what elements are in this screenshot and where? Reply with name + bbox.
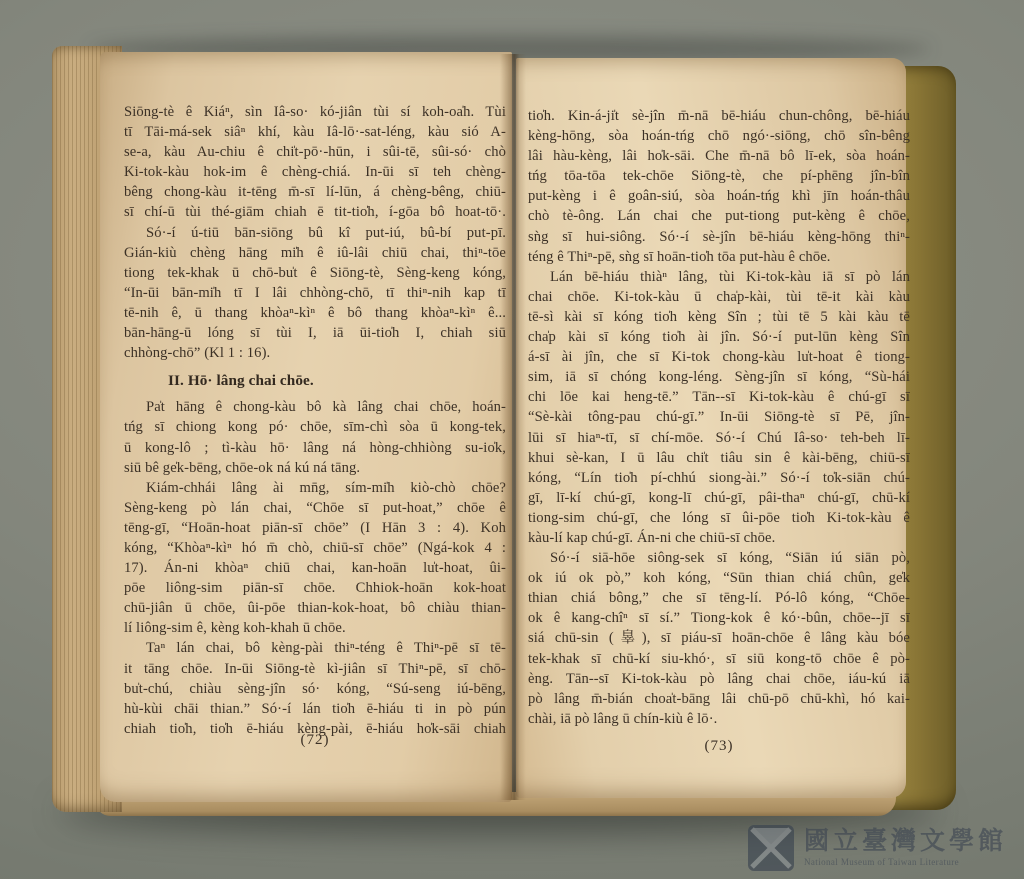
text-line: pōe liông-sim piān-sī chōe. Chhiok-hoān … [124,578,506,598]
text-line: bān-hāng-ū lóng sī tùi I, iā ūi-tio̍h I,… [124,323,506,343]
text-line: 17). Án-ni khòaⁿ chiū chai, kan-hoān lu̍… [124,558,506,578]
page-right-text: tio̍h. Kin-á-ji̍t sè-jîn m̄-nā bē-hiáu c… [528,106,910,729]
text-line: tiong tek-khak ū chō-bu̍t ê Siōng-tè, Sè… [124,263,506,283]
page-left-text: Siōng-tè ê Kiáⁿ, sìn Iâ-so· kó-jiân tùi … [124,102,506,739]
text-line: pò lâng m̄-bián choa̍t-bāng lâi chū-pō c… [528,689,910,709]
text-line: tio̍h. Kin-á-ji̍t sè-jîn m̄-nā bē-hiáu c… [528,106,910,126]
text-line: á-sī ài jîn, che sī Ki-tok chong-kàu lu̍… [528,347,910,367]
text-line: Kiám-chhái lâng ài mn̄g, sím-mi̍h kiò-ch… [124,478,506,498]
text-line: sim, iā sī chóng kong-léng. Sèng-jîn sī … [528,367,910,387]
text-line: Pa̍t hāng ê chong-kàu bô kà lâng chai ch… [124,397,506,417]
text-line: hù-kùi chāi thian.” Só·-í lán tio̍h ē-hi… [124,699,506,719]
text-line: sī chí-ū tùi thé-giām chiah ē tit-tio̍h,… [124,202,506,222]
text-line: “Sè-kài tông-pau chú-gī.” In-ūi Siōng-tè… [528,407,910,427]
page-number-left: (72) [124,732,506,749]
text-line: ū kong-lô ; tì-kàu hō· lâng ná hòng-chhi… [124,438,506,458]
text-line: Gián-kiù chèng hāng mi̍h ê iû-lâi chiū c… [124,243,506,263]
text-line: put-kèng i ê goân-siú, sòa hoán-tńg khì … [528,186,910,206]
text-line: ok ê kang-chîⁿ sī sí.” Tiong-kok ê kó·-b… [528,608,910,628]
museum-name-english: National Museum of Taiwan Literature [804,857,1007,867]
text-line: lâi hàu-kèng, lâi ho̍k-sāi. Che m̄-nā bô… [528,146,910,166]
text-line: cha̍p kài sī kóng tio̍h ài jîn. Só·-í pu… [528,327,910,347]
page-number-right: (73) [528,738,910,755]
text-line: tek-khak sī chū-kí siu-khó·, sī siū kong… [528,649,910,669]
page-right: tio̍h. Kin-á-ji̍t sè-jîn m̄-nā bē-hiáu c… [516,58,906,798]
text-line: tē-sì kài sī kóng tio̍h kèng Sîn ; tùi t… [528,307,910,327]
text-line: kèng-hōng, sòa hoán-tńg chō ngó·-siōng, … [528,126,910,146]
text-line: khui sè-kan, I ū lâu chi̍t tiâu sin ê kà… [528,448,910,468]
text-line: chò tè-ông. Lán chai che put-tiong put-k… [528,206,910,226]
text-line: it tāng chōe. In-ūi Siōng-tè kì-jiân sī … [124,659,506,679]
text-line: “In-ūi bān-mi̍h tī I lâi chhòng-chō, tī … [124,283,506,303]
text-line: Siōng-tè ê Kiáⁿ, sìn Iâ-so· kó-jiân tùi … [124,102,506,122]
text-line: bu̍t-chú, chiàu sèng-jîn só· kóng, “Sú-s… [124,679,506,699]
text-line: lí liông-sim ê, kèng koh-khah ū chōe. [124,618,506,638]
text-line: lūi sī hiaⁿ-tī, sī chí-mōe. Só·-í Chú Iâ… [528,428,910,448]
text-line: chài, iā pò lâng ū chín-kiù ê lō·. [528,709,910,729]
text-line: chi lōe kai heng-tē.” Tān--sī Ki-tok-kàu… [528,387,910,407]
text-line: kóng, “Lín tio̍h pí-chhú siong-ài.” Só·-… [528,468,910,488]
text-line: chū-jiân ū chōe, ûi-pōe thian-kok-hoat, … [124,598,506,618]
text-line: Lán bē-hiáu thiàⁿ lâng, tùi Ki-tok-kàu i… [528,267,910,287]
text-line: gī, lī-kí chú-gī, kong-lī chú-gī, pâi-th… [528,488,910,508]
page-left: Siōng-tè ê Kiáⁿ, sìn Iâ-so· kó-jiân tùi … [100,52,512,802]
museum-watermark-text: 國立臺灣文學館 National Museum of Taiwan Litera… [804,829,1007,867]
text-line: sǹg sī hui-siông. Só·-í sè-jîn bē-hiáu k… [528,227,910,247]
text-line: tē-nih ê, ū thang khòaⁿ-kìⁿ ê bô thang k… [124,303,506,323]
text-line: Ki-tok-kàu hok-im ê chèng-chiá. In-ūi sī… [124,162,506,182]
text-line: tiong-sim chú-gī, che lóng sī ûi-pōe tio… [528,508,910,528]
text-line: Taⁿ lán chai, bô kèng-pài thiⁿ-téng ê Th… [124,638,506,658]
text-line: siū bê ge̍k-bēng, chōe-ok ná kú ná tāng. [124,458,506,478]
text-line: tī Tāi-má-sek siâⁿ khí, kàu Iâ-lō·-sat-l… [124,122,506,142]
text-line: bêng chong-kàu it-tēng m̄-sī lí-lūn, á c… [124,182,506,202]
text-line: téng ê Thiⁿ-pē, sǹg sī hoān-tio̍h tōa pu… [528,247,910,267]
text-line: Só·-í siā-hōe siông-sek sī kóng, “Siān i… [528,548,910,568]
book-photograph: Siōng-tè ê Kiáⁿ, sìn Iâ-so· kó-jiân tùi … [0,0,1024,879]
museum-name-chinese: 國立臺灣文學館 [804,829,1007,855]
text-line: tēng-gī, “Hoān-hoat piān-sī chōe” (I Hān… [124,518,506,538]
museum-watermark: 國立臺灣文學館 National Museum of Taiwan Litera… [748,820,1018,876]
text-line: tńg sī chiong kong pó· chōe, sīm-chì sòa… [124,417,506,437]
text-line: Só·-í ú-tiū bān-siōng bû kî put-iú, bû-b… [124,223,506,243]
text-line: Sèng-keng pò lán chai, “Chōe sī put-hoat… [124,498,506,518]
text-line: kóng, “Khòaⁿ-kìⁿ hó m̄ chò, chiū-sī chōe… [124,538,506,558]
text-line: siá chū-sin (辠), sī piáu-sī hoān-chōe ê … [528,628,910,648]
text-line: ok iú ok pò,” koh kóng, “Sūn thian chiá … [528,568,910,588]
museum-logo-icon [748,825,794,871]
text-line: thian chiá bông,” che sī tēng-lí. Pó-lô … [528,588,910,608]
text-line: chai chōe. Ki-tok-kàu ū cha̍p-kài, tùi t… [528,287,910,307]
text-line: èng. Tān--sī Ki-tok-kàu pò lâng chai chō… [528,669,910,689]
text-line: se-a, kàu Au-chiu ê chi̍t-pō·-hūn, i sûi… [124,142,506,162]
section-heading: II. Hō· lâng chai chōe. [124,371,506,391]
text-line: kàu-lí kap chú-gī. Án-ni che chiū-sī chō… [528,528,910,548]
text-line: tńg tōa-tōa tek-chōe Siōng-tè, che pí-ph… [528,166,910,186]
text-line: chhòng-chō” (Kl 1 : 16). [124,343,506,363]
book-gutter-shadow [500,54,526,800]
